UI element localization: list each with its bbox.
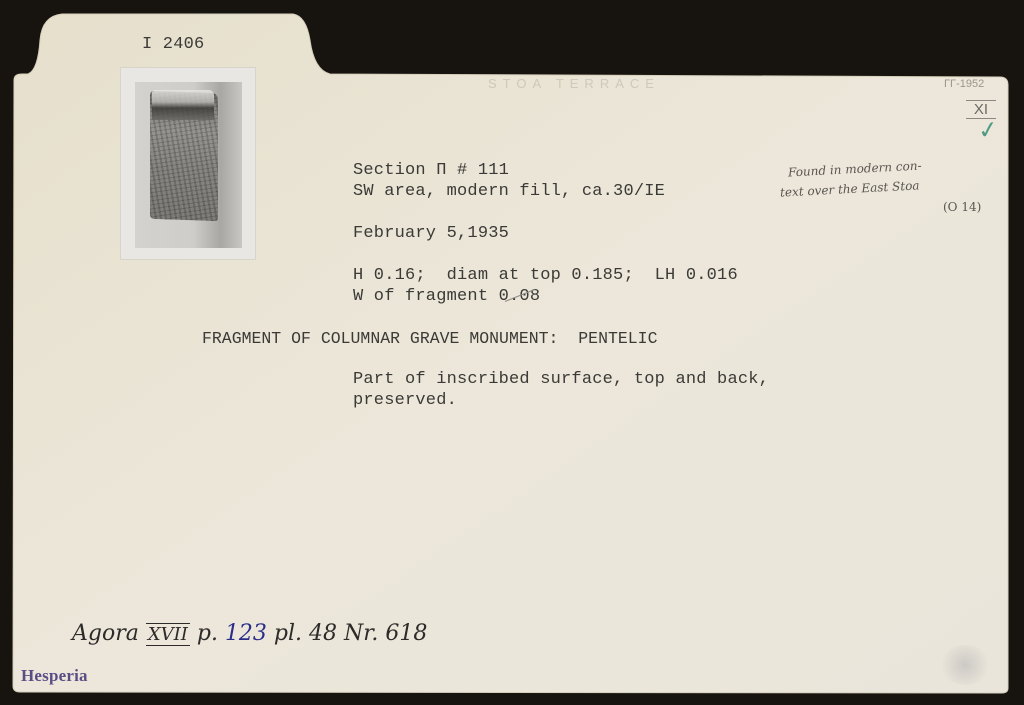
description-line-1: Part of inscribed surface, top and back,	[353, 369, 769, 390]
check-mark-icon: ✓	[976, 117, 999, 144]
corner-note: ΓΓ-1952	[944, 78, 984, 90]
photo-mount	[121, 68, 255, 259]
reference-plate: pl. 48 Nr. 618	[267, 621, 427, 646]
date-line: February 5,1935	[353, 223, 509, 244]
object-title: FRAGMENT OF COLUMNAR GRAVE MONUMENT: PEN…	[202, 328, 657, 349]
reference-page: 123	[225, 621, 267, 646]
stone-top	[152, 90, 214, 120]
reference-prefix: Agora	[72, 621, 146, 646]
reference-volume: XVII	[146, 623, 190, 646]
catalog-card-scan: STOA TERRACE I 2406 ΓΓ-1952 XI ✓ Section…	[0, 0, 1024, 705]
reference-page-label: p.	[190, 621, 225, 646]
stone-fragment-photo-icon	[135, 82, 242, 248]
smudge	[940, 645, 990, 685]
publication-reference: Agora XVII p. 123 pl. 48 Nr. 618	[44, 596, 427, 671]
handwritten-note-line-3: (O 14)	[943, 200, 981, 214]
description-line-2: preserved.	[353, 390, 457, 411]
faint-heading: STOA TERRACE	[488, 76, 660, 91]
section-line: Section Π # 111	[353, 160, 509, 181]
inventory-number: I 2406	[142, 34, 204, 55]
area-line: SW area, modern fill, ca.30/IE	[353, 181, 665, 202]
hesperia-stamp: Hesperia	[21, 666, 88, 686]
dimensions-line-1: H 0.16; diam at top 0.185; LH 0.016	[353, 265, 738, 286]
dimensions-line-2: W of fragment 0.08	[353, 286, 540, 307]
